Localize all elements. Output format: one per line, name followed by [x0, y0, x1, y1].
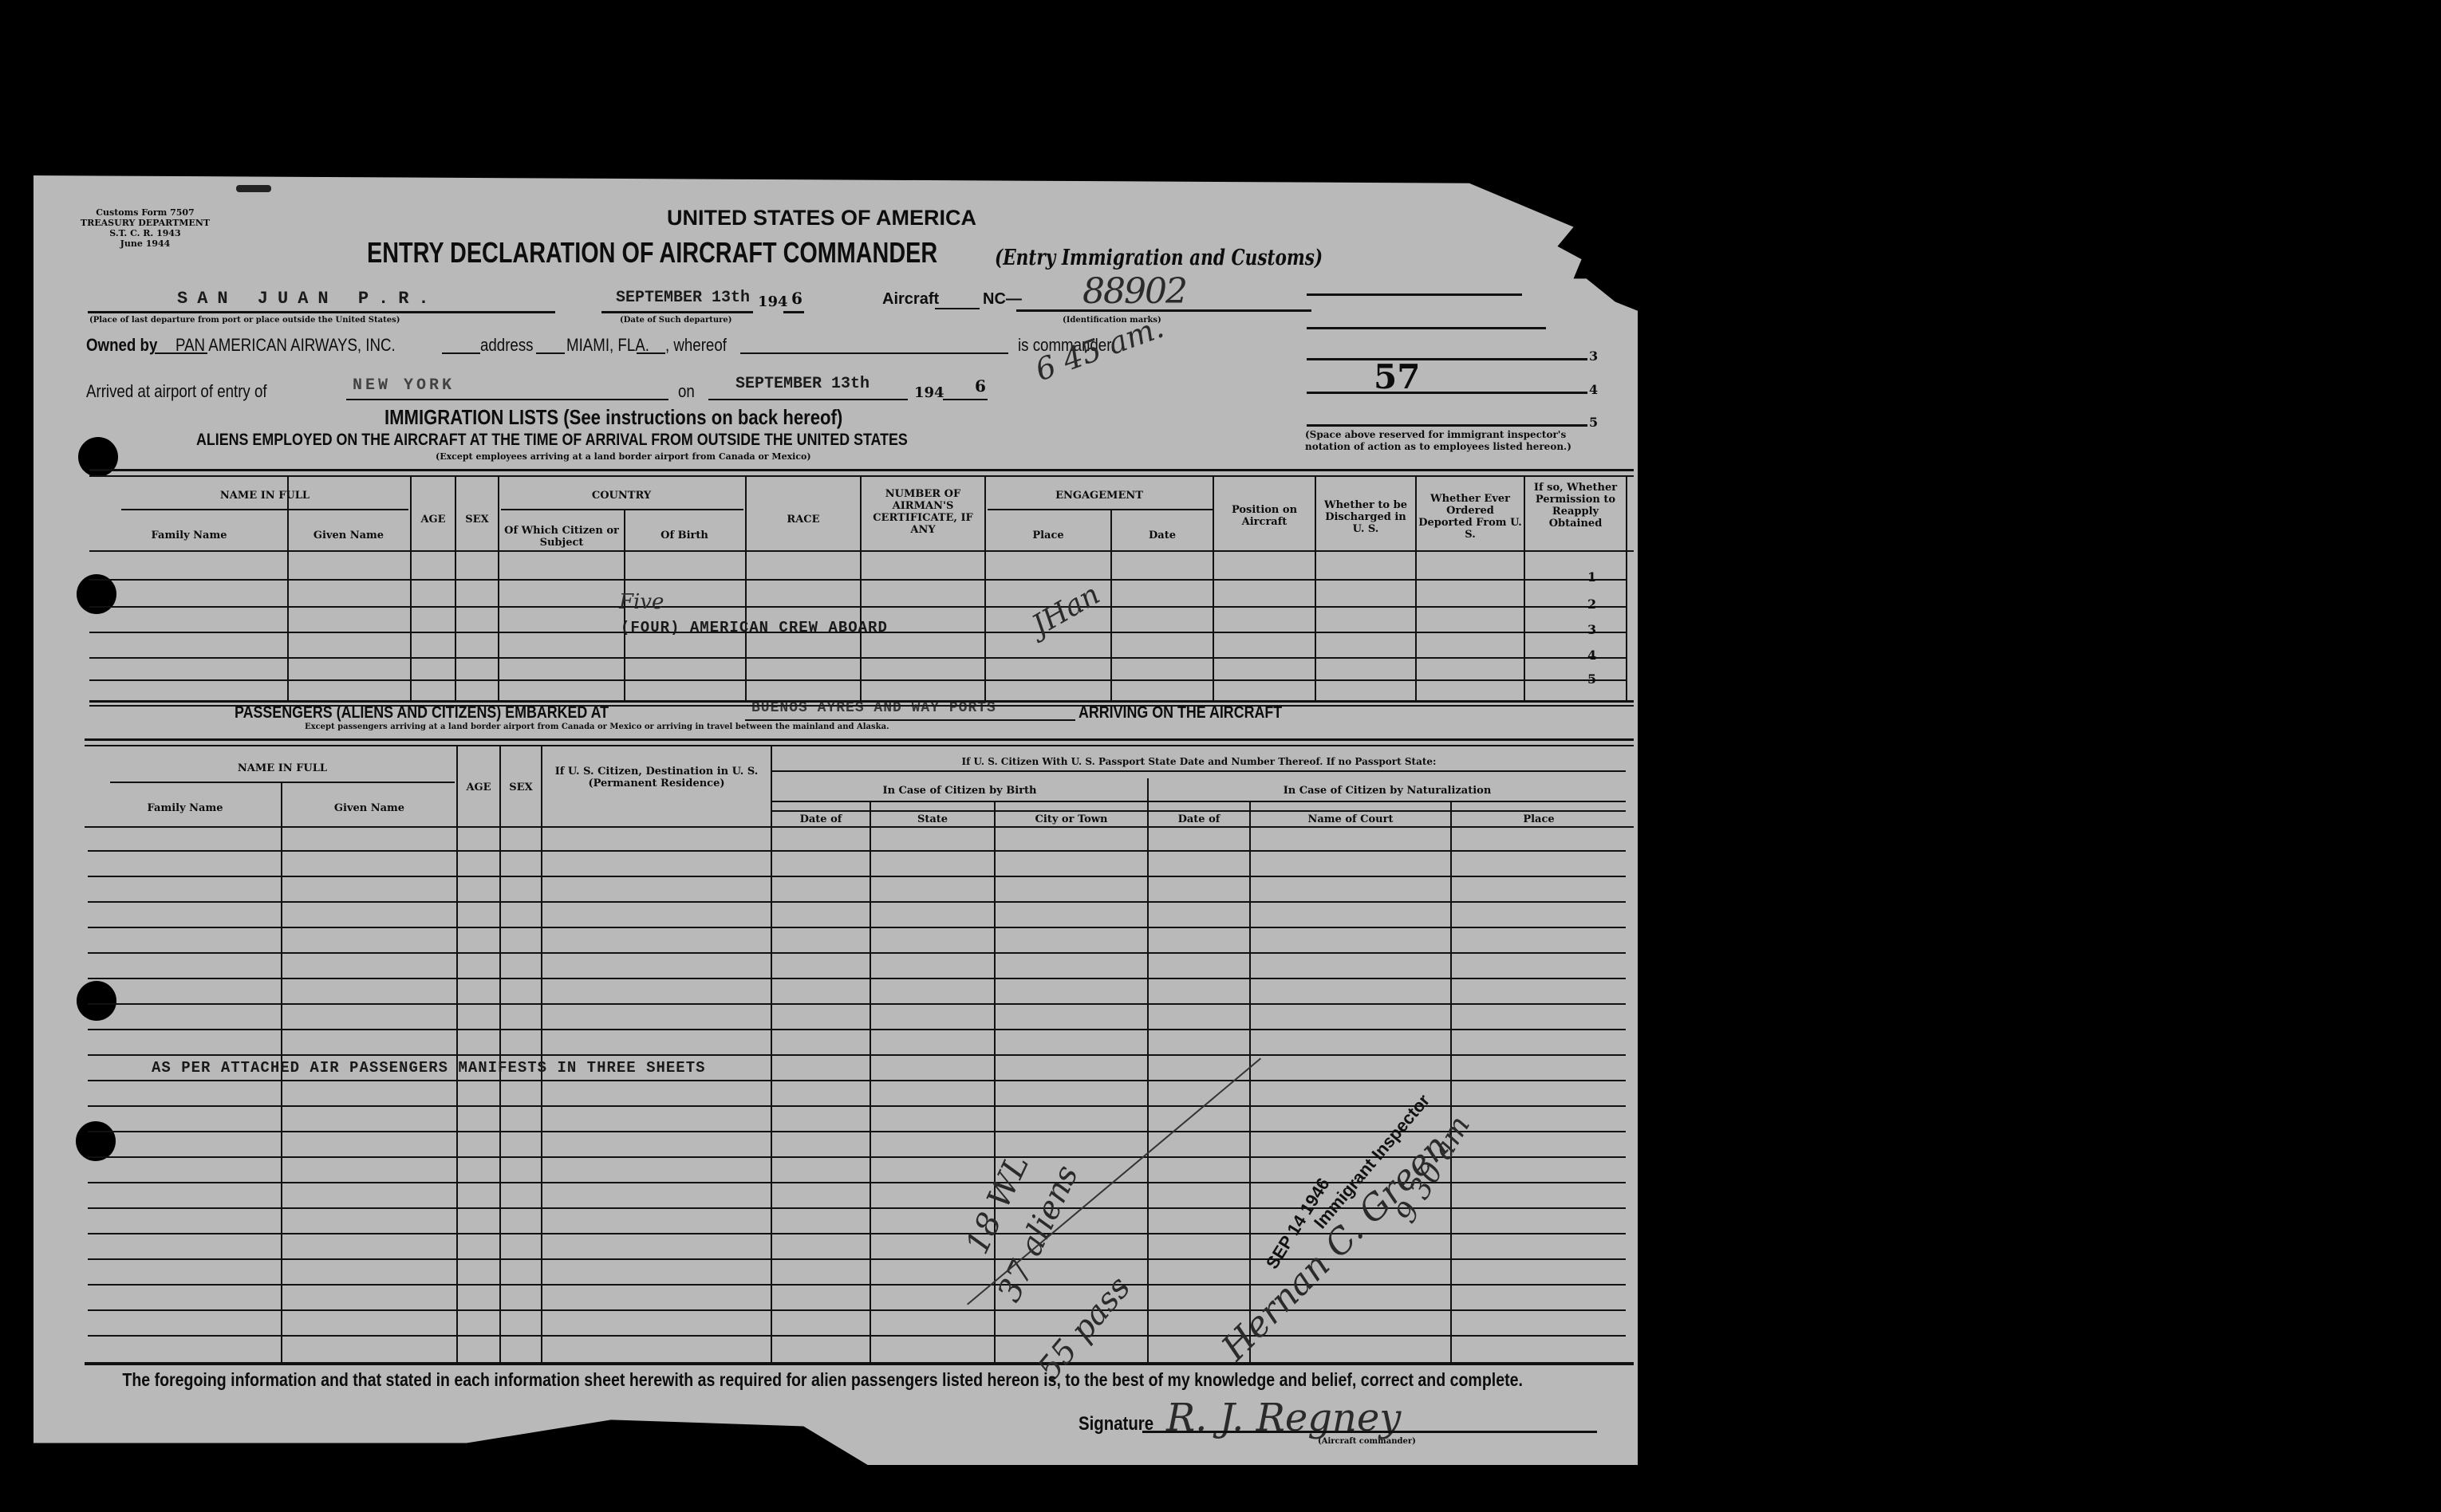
- pcol-age: AGE: [458, 782, 499, 793]
- arrival-year-suffix: 6: [975, 376, 986, 396]
- pcol-by-naturalization: In Case of Citizen by Naturalization: [1149, 785, 1626, 797]
- col-deported: Whether Ever Ordered Deported From U. S.: [1418, 493, 1522, 541]
- col-engagement: ENGAGEMENT: [986, 490, 1213, 502]
- crew-row-number: 2: [1587, 597, 1596, 612]
- departure-date-caption: (Date of Such departure): [620, 316, 732, 325]
- form-id-block: Customs Form 7507 TREASURY DEPARTMENT S.…: [73, 207, 217, 249]
- col-date: Date: [1112, 530, 1213, 541]
- col-position: Position on Aircraft: [1216, 504, 1313, 528]
- document-page: Customs Form 7507 TREASURY DEPARTMENT S.…: [34, 175, 1638, 1465]
- whereof-label: , whereof: [665, 335, 727, 356]
- pcol-passport-header: If U. S. Citizen With U. S. Passport Sta…: [772, 756, 1626, 768]
- col-age: AGE: [412, 514, 455, 526]
- col-race: RACE: [747, 514, 860, 526]
- crew-count-correction: Five: [619, 590, 664, 614]
- pcol-given-name: Given Name: [282, 802, 456, 814]
- passengers-title-suffix: ARRIVING ON THE AIRCRAFT: [1079, 703, 1282, 723]
- owned-by-label: Owned by: [86, 335, 157, 356]
- passengers-note: Except passengers arriving at a land bor…: [305, 723, 889, 731]
- col-of-which-citizen: Of Which Citizen or Subject: [501, 525, 622, 549]
- immigration-subtitle: ALIENS EMPLOYED ON THE AIRCRAFT AT THE T…: [196, 431, 908, 450]
- col-reapply: If so, Whether Permission to Reapply Obt…: [1525, 482, 1626, 530]
- arrival-date-value: SEPTEMBER 13th: [735, 375, 870, 393]
- declaration-text: The foregoing information and that state…: [65, 1368, 1625, 1391]
- arrival-airport-value: NEW YORK: [353, 376, 455, 395]
- col-given-name: Given Name: [289, 530, 408, 541]
- pcol-birth-state: State: [871, 813, 994, 825]
- immigration-title: IMMIGRATION LISTS (See instructions on b…: [384, 405, 842, 430]
- page-subtitle: (Entry Immigration and Customs): [995, 246, 1323, 270]
- col-family-name: Family Name: [97, 530, 281, 541]
- pcol-sex: SEX: [501, 782, 541, 793]
- pcol-nat-place: Place: [1452, 813, 1626, 825]
- arrival-label: Arrived at airport of entry of: [86, 381, 267, 402]
- passenger-entry: AS PER ATTACHED AIR PASSENGERS MANIFESTS…: [152, 1059, 706, 1077]
- commander-signature: R. J. Regney: [1166, 1396, 1401, 1440]
- departure-place-caption: (Place of last departure from port or pl…: [89, 316, 400, 325]
- crew-row-number: 3: [1587, 622, 1596, 637]
- departure-year-prefix: 194: [758, 293, 788, 310]
- form-id-line: June 1944: [73, 238, 217, 249]
- form-id-line: Customs Form 7507: [73, 207, 217, 218]
- address-label: address: [480, 335, 534, 356]
- crew-row-number: 4: [1587, 648, 1596, 663]
- col-name-in-full: NAME IN FULL: [121, 490, 408, 502]
- commander-value: [740, 335, 1008, 352]
- inspector-caption: (Space above reserved for immigrant insp…: [1305, 429, 1600, 453]
- inspector-line-number: 4: [1589, 382, 1598, 397]
- pcol-destination: If U. S. Citizen, Destination in U. S. (…: [544, 766, 769, 789]
- aircraft-label: Aircraft: [882, 290, 939, 309]
- pcol-by-birth: In Case of Citizen by Birth: [772, 785, 1147, 797]
- pcol-birth-date: Date of: [772, 813, 870, 825]
- form-number: 16-24880-4: [153, 1443, 204, 1452]
- crew-entry: (FOUR) AMERICAN CREW ABOARD: [621, 619, 888, 636]
- col-country: COUNTRY: [499, 490, 743, 502]
- passengers-title-prefix: PASSENGERS (ALIENS AND CITIZENS) EMBARKE…: [235, 703, 609, 723]
- form-id-line: TREASURY DEPARTMENT: [73, 218, 217, 228]
- inspector-line-number: 5: [1589, 415, 1598, 430]
- pcol-nat-court: Name of Court: [1251, 813, 1450, 825]
- col-airman-cert: NUMBER OF AIRMAN'S CERTIFICATE, IF ANY: [863, 488, 983, 536]
- arrival-year-prefix: 194: [914, 384, 944, 401]
- immigration-note: (Except employees arriving at a land bor…: [436, 451, 811, 462]
- departure-year-suffix: 6: [791, 289, 802, 308]
- passengers-embarked-value: BUENOS AYRES AND WAY PORTS: [751, 700, 996, 716]
- pcol-birth-city: City or Town: [996, 813, 1147, 825]
- pcol-name-in-full: NAME IN FULL: [110, 762, 455, 774]
- departure-place-value: SAN JUAN P.R.: [177, 289, 439, 309]
- passenger-rows: [88, 850, 1626, 1360]
- signature-caption: (Aircraft commander): [1318, 1437, 1416, 1446]
- crew-row-number: 5: [1587, 671, 1596, 687]
- col-of-birth: Of Birth: [625, 530, 743, 541]
- country-heading: UNITED STATES OF AMERICA: [667, 206, 976, 230]
- crew-row-number: 1: [1587, 569, 1596, 585]
- aircraft-id-value: 88902: [1082, 271, 1186, 312]
- pcol-nat-date: Date of: [1149, 813, 1249, 825]
- col-sex: SEX: [456, 514, 498, 526]
- departure-date-value: SEPTEMBER 13th: [616, 289, 750, 307]
- page-title: ENTRY DECLARATION OF AIRCRAFT COMMANDER: [367, 236, 937, 270]
- col-place: Place: [988, 530, 1109, 541]
- nc-label: NC—: [983, 290, 1022, 309]
- owner-value: PAN AMERICAN AIRWAYS, INC.: [175, 335, 396, 356]
- inspector-number: 57: [1374, 357, 1420, 396]
- arrival-on-label: on: [678, 381, 695, 402]
- col-discharged: Whether to be Discharged in U. S.: [1318, 499, 1414, 535]
- staple-mark: [236, 185, 271, 192]
- pcol-family-name: Family Name: [89, 802, 281, 814]
- inspector-line-number: 3: [1589, 348, 1598, 364]
- form-id-line: S.T. C. R. 1943: [73, 228, 217, 238]
